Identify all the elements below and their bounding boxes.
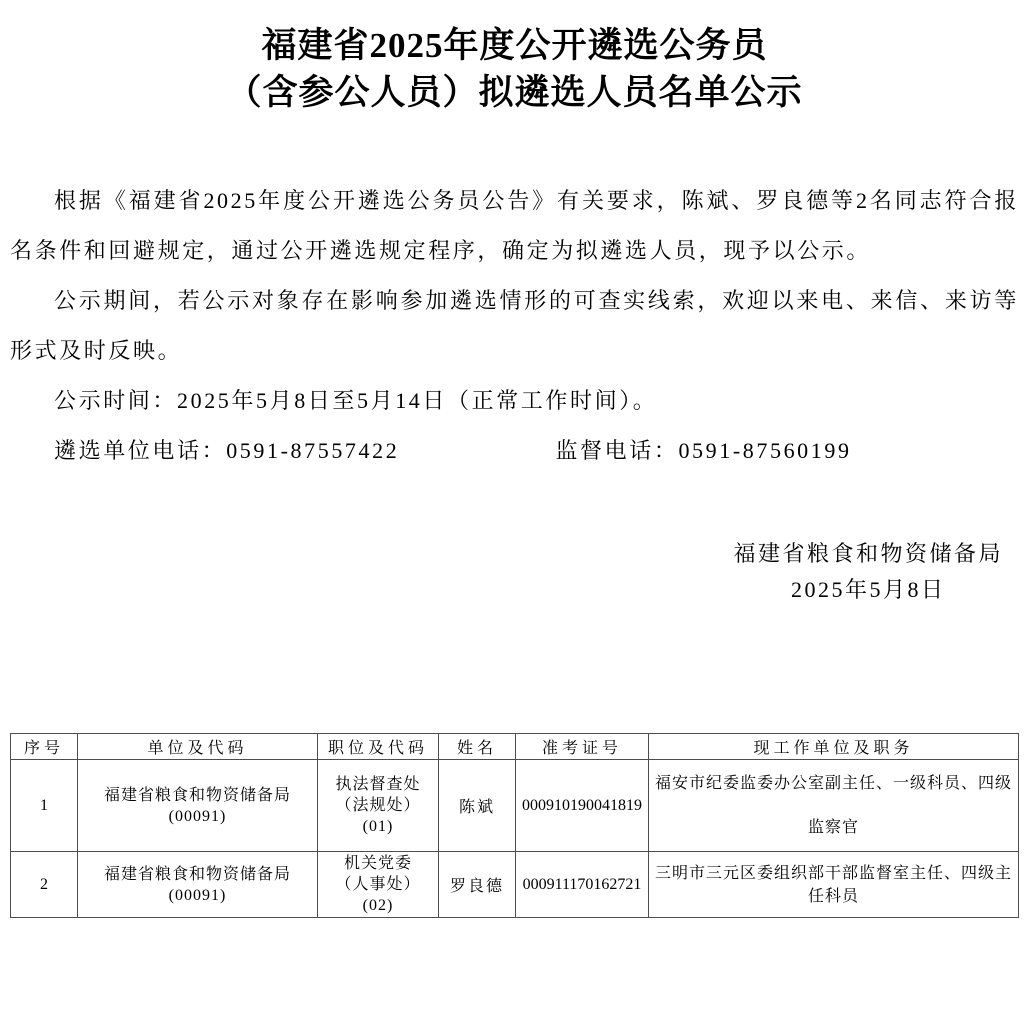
cell-seq: 2 [11, 852, 78, 918]
candidates-table: 序号 单位及代码 职位及代码 姓名 准考证号 现工作单位及职务 1 福建省粮食和… [10, 733, 1019, 918]
title-line-1: 福建省2025年度公开遴选公务员 [261, 26, 767, 65]
signature-org: 福建省粮食和物资储备局 [733, 536, 1003, 572]
paragraph-feedback: 公示期间，若公示对象存在影响参加遴选情形的可查实线索，欢迎以来电、来信、来访等形… [10, 276, 1019, 376]
title-line-2: （含参公人员）拟遴选人员名单公示 [226, 73, 802, 112]
col-header-current-job: 现工作单位及职务 [649, 734, 1019, 760]
document-body: 根据《福建省2025年度公开遴选公务员公告》有关要求，陈斌、罗良德等2名同志符合… [10, 176, 1019, 476]
table-row: 1 福建省粮食和物资储备局 (00091) 执法督查处 （法规处） (01) 陈… [11, 760, 1019, 852]
cell-unit: 福建省粮食和物资储备局 (00091) [78, 852, 318, 918]
paragraph-period: 公示时间：2025年5月8日至5月14日（正常工作时间）。 [10, 376, 1019, 426]
table-header-row: 序号 单位及代码 职位及代码 姓名 准考证号 现工作单位及职务 [11, 734, 1019, 760]
cell-seq: 1 [11, 760, 78, 852]
cell-current-job: 三明市三元区委组织部干部监督室主任、四级主任科员 [649, 852, 1019, 918]
selection-unit-phone: 遴选单位电话：0591-87557422 [54, 438, 399, 463]
page-title: 福建省2025年度公开遴选公务员 （含参公人员）拟遴选人员名单公示 [10, 22, 1019, 116]
signature-date: 2025年5月8日 [733, 572, 1003, 608]
col-header-unit: 单位及代码 [78, 734, 318, 760]
cell-name: 陈斌 [439, 760, 516, 852]
supervision-phone: 监督电话：0591-87560199 [555, 438, 851, 463]
col-header-name: 姓名 [439, 734, 516, 760]
paragraph-phones: 遴选单位电话：0591-87557422 监督电话：0591-87560199 [10, 426, 1019, 476]
cell-ticket: 000911170162721 [516, 852, 649, 918]
cell-position: 执法督查处 （法规处） (01) [318, 760, 439, 852]
col-header-seq: 序号 [11, 734, 78, 760]
col-header-position: 职位及代码 [318, 734, 439, 760]
cell-name: 罗良德 [439, 852, 516, 918]
announcement-document: 福建省2025年度公开遴选公务员 （含参公人员）拟遴选人员名单公示 根据《福建省… [0, 0, 1029, 1011]
cell-position: 机关党委 （人事处） (02) [318, 852, 439, 918]
cell-ticket: 000910190041819 [516, 760, 649, 852]
cell-current-job: 福安市纪委监委办公室副主任、一级科员、四级监察官 [649, 760, 1019, 852]
col-header-ticket: 准考证号 [516, 734, 649, 760]
signature-block: 福建省粮食和物资储备局 2025年5月8日 [733, 536, 1019, 608]
table-row: 2 福建省粮食和物资储备局 (00091) 机关党委 （人事处） (02) 罗良… [11, 852, 1019, 918]
paragraph-basis: 根据《福建省2025年度公开遴选公务员公告》有关要求，陈斌、罗良德等2名同志符合… [10, 176, 1019, 276]
cell-unit: 福建省粮食和物资储备局 (00091) [78, 760, 318, 852]
